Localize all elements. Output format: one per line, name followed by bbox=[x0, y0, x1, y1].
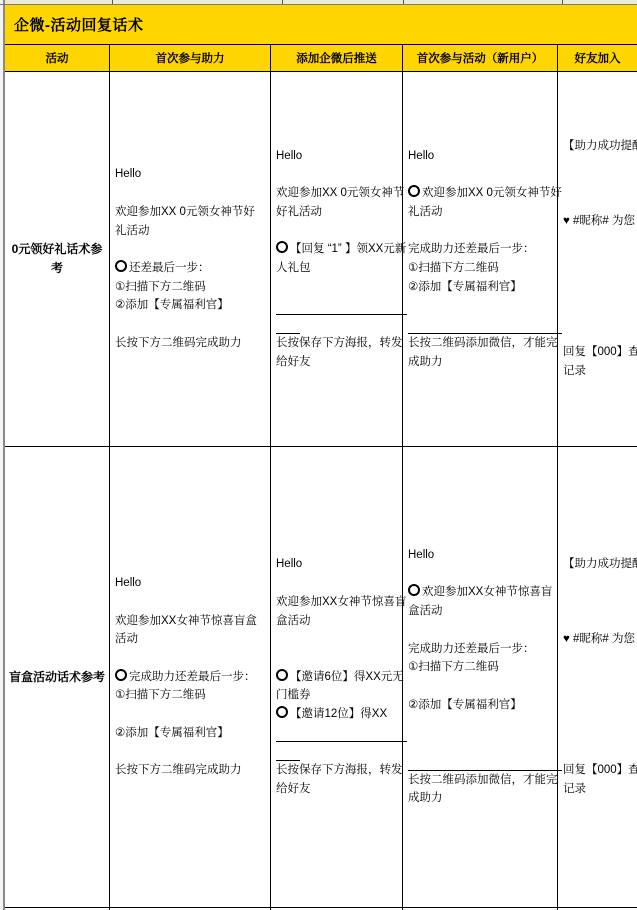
cell-text: Hello 欢迎参加XX女神节惊喜盲盒活动 完成助力还差最后一步：①扫描下方二维… bbox=[403, 546, 567, 808]
text-line: ②添加【专属福利官】 bbox=[408, 696, 562, 715]
circle-bullet-icon bbox=[115, 669, 127, 681]
text-line: 【邀请12位】得XX bbox=[276, 705, 407, 724]
text-line bbox=[408, 296, 562, 315]
text-line bbox=[115, 184, 265, 203]
cell-text: 【助力成功提醒 ♥ #昵称# 为您 回复【000】查看记录 bbox=[558, 555, 637, 798]
grid-line-header-bottom bbox=[5, 71, 637, 72]
cell-first-join-new-row1[interactable]: Hello 欢迎参加XX 0元领女神节好礼活动 完成助力还差最后一步：①扫描下方… bbox=[403, 72, 557, 446]
text-line bbox=[276, 278, 407, 297]
text-line bbox=[563, 250, 637, 269]
text-line: 【邀请6位】得XX元无门槛券 bbox=[276, 668, 407, 705]
grid-line-header-top bbox=[5, 44, 637, 45]
text-line bbox=[408, 621, 562, 640]
column-header-first-assist[interactable]: 首次参与助力 bbox=[110, 44, 270, 71]
cell-text: Hello 欢迎参加XX 0元领女神节好礼活动 完成助力还差最后一步：①扫描下方… bbox=[403, 147, 567, 371]
divider-line bbox=[276, 725, 407, 742]
text-line: 还差最后一步： bbox=[115, 259, 265, 278]
circle-bullet-icon bbox=[276, 706, 288, 718]
text-line: 记录 bbox=[563, 780, 637, 799]
cell-text: Hello 欢迎参加XX女神节惊喜盲盒活动 【邀请6位】得XX元无门槛券【邀请1… bbox=[271, 555, 412, 798]
text-line bbox=[115, 742, 265, 761]
text-line: 完成助力还差最后一步： bbox=[115, 668, 265, 687]
text-line bbox=[115, 705, 265, 724]
text-line bbox=[276, 315, 407, 334]
text-line bbox=[563, 287, 637, 306]
text-line: 长按保存下方海报，转发给好友 bbox=[276, 761, 407, 798]
text-line: 长按下方二维码完成助力 bbox=[115, 334, 265, 353]
text-line bbox=[563, 649, 637, 668]
text-line: ②添加【专属福利官】 bbox=[115, 296, 265, 315]
text-line: 记录 bbox=[563, 362, 637, 381]
divider-line bbox=[408, 754, 562, 771]
text-line: 完成助力还差最后一步： bbox=[408, 240, 562, 259]
cell-first-assist-row1[interactable]: Hello 欢迎参加XX 0元领女神节好礼活动 还差最后一步：①扫描下方二维码②… bbox=[110, 72, 270, 446]
text-line bbox=[276, 574, 407, 593]
text-line: Hello bbox=[408, 147, 562, 166]
text-line: ②添加【专属福利官】 bbox=[115, 724, 265, 743]
text-line bbox=[563, 175, 637, 194]
text-line bbox=[276, 166, 407, 185]
text-line bbox=[563, 686, 637, 705]
text-line: Hello bbox=[276, 147, 407, 166]
activity-label: 0元领好礼话术参考 bbox=[5, 240, 109, 277]
text-line bbox=[115, 240, 265, 259]
text-line bbox=[563, 306, 637, 325]
grid-line-col4 bbox=[557, 44, 558, 910]
text-line: 欢迎参加XX女神节惊喜盲盒活动 bbox=[115, 612, 265, 649]
text-line bbox=[563, 705, 637, 724]
cell-activity-row2[interactable]: 盲盒活动话术参考 bbox=[5, 447, 109, 907]
text-line: ②添加【专属福利官】 bbox=[408, 278, 562, 297]
circle-bullet-icon bbox=[115, 260, 127, 272]
text-line: 【回复 “1” 】领XX元新人礼包 bbox=[276, 240, 407, 277]
text-line bbox=[563, 156, 637, 175]
text-line: Hello bbox=[408, 546, 562, 565]
text-line: 欢迎参加XX女神节惊喜盲盒活动 bbox=[408, 583, 562, 620]
text-line: 完成助力还差最后一步： bbox=[408, 640, 562, 659]
text-line: 【助力成功提醒 bbox=[563, 555, 637, 574]
text-line bbox=[563, 724, 637, 743]
text-line bbox=[408, 733, 562, 752]
text-line bbox=[563, 268, 637, 287]
divider-line bbox=[408, 317, 562, 334]
cell-after-add-row1[interactable]: Hello 欢迎参加XX 0元领女神节好礼活动 【回复 “1” 】领XX元新人礼… bbox=[271, 72, 402, 446]
text-line bbox=[563, 574, 637, 593]
text-line: 【助力成功提醒 bbox=[563, 137, 637, 156]
text-line: 欢迎参加XX 0元领女神节好礼活动 bbox=[115, 203, 265, 240]
text-line: Hello bbox=[115, 574, 265, 593]
text-line bbox=[276, 649, 407, 668]
spreadsheet-view: 企微-活动回复话术 活动 首次参与助力 添加企微后推送 首次参与活动（新用户） … bbox=[0, 0, 637, 910]
text-line: ①扫描下方二维码 bbox=[115, 278, 265, 297]
text-line: 长按二维码添加微信，才能完成助力 bbox=[408, 334, 562, 371]
cell-after-add-row2[interactable]: Hello 欢迎参加XX女神节惊喜盲盒活动 【邀请6位】得XX元无门槛券【邀请1… bbox=[271, 447, 402, 907]
cell-text: Hello 欢迎参加XX 0元领女神节好礼活动 还差最后一步：①扫描下方二维码②… bbox=[110, 165, 270, 352]
column-header-first-join-new[interactable]: 首次参与活动（新用户） bbox=[403, 44, 557, 71]
divider-line bbox=[276, 298, 407, 315]
cell-text: Hello 欢迎参加XX 0元领女神节好礼活动 【回复 “1” 】领XX元新人礼… bbox=[271, 147, 412, 371]
text-line bbox=[408, 752, 562, 771]
text-line bbox=[563, 194, 637, 213]
text-line: Hello bbox=[115, 165, 265, 184]
text-line bbox=[408, 565, 562, 584]
text-line bbox=[115, 315, 265, 334]
text-line: 长按二维码添加微信，才能完成助力 bbox=[408, 771, 562, 808]
text-line: 欢迎参加XX 0元领女神节好礼活动 bbox=[276, 184, 407, 221]
page-title: 企微-活动回复话术 bbox=[14, 14, 144, 35]
cell-friend-join-row2[interactable]: 【助力成功提醒 ♥ #昵称# 为您 回复【000】查看记录 bbox=[558, 447, 637, 907]
text-line bbox=[408, 714, 562, 733]
circle-bullet-icon bbox=[276, 669, 288, 681]
text-line: ①扫描下方二维码 bbox=[408, 259, 562, 278]
text-line: 长按保存下方海报，转发给好友 bbox=[276, 334, 407, 371]
divider-line bbox=[276, 317, 300, 334]
text-line bbox=[563, 324, 637, 343]
text-line bbox=[276, 724, 407, 743]
activity-label: 盲盒活动话术参考 bbox=[5, 668, 109, 687]
text-line: 欢迎参加XX 0元领女神节好礼活动 bbox=[408, 184, 562, 221]
column-header-friend-join[interactable]: 好友加入 bbox=[558, 44, 637, 71]
cell-friend-join-row1[interactable]: 【助力成功提醒 ♥ #昵称# 为您 回复【000】查看记录 bbox=[558, 72, 637, 446]
text-line bbox=[563, 612, 637, 631]
text-line: ①扫描下方二维码 bbox=[408, 658, 562, 677]
text-line: ①扫描下方二维码 bbox=[115, 686, 265, 705]
text-line bbox=[115, 649, 265, 668]
text-line: 欢迎参加XX女神节惊喜盲盒活动 bbox=[276, 593, 407, 630]
grid-line-title-top bbox=[0, 4, 637, 5]
circle-bullet-icon bbox=[408, 185, 420, 197]
cell-text: Hello 欢迎参加XX女神节惊喜盲盒活动 完成助力还差最后一步：①扫描下方二维… bbox=[110, 574, 270, 780]
sheet-title-cell[interactable]: 企微-活动回复话术 bbox=[5, 4, 637, 44]
text-line bbox=[563, 668, 637, 687]
text-line: 回复【000】查看 bbox=[563, 343, 637, 362]
column-header-after-add-push[interactable]: 添加企微后推送 bbox=[271, 44, 402, 71]
circle-bullet-icon bbox=[408, 584, 420, 596]
cell-activity-row1[interactable]: 0元领好礼话术参考 bbox=[5, 72, 109, 446]
cell-text: 【助力成功提醒 ♥ #昵称# 为您 回复【000】查看记录 bbox=[558, 137, 637, 380]
text-line bbox=[408, 165, 562, 184]
text-line: 长按下方二维码完成助力 bbox=[115, 761, 265, 780]
text-line bbox=[563, 231, 637, 250]
grid-line-row-divider bbox=[5, 446, 637, 447]
text-line bbox=[408, 315, 562, 334]
text-line: Hello bbox=[276, 555, 407, 574]
text-line bbox=[276, 296, 407, 315]
cell-first-assist-row2[interactable]: Hello 欢迎参加XX女神节惊喜盲盒活动 完成助力还差最后一步：①扫描下方二维… bbox=[110, 447, 270, 907]
cell-first-join-new-row2[interactable]: Hello 欢迎参加XX女神节惊喜盲盒活动 完成助力还差最后一步：①扫描下方二维… bbox=[403, 447, 557, 907]
text-line bbox=[563, 742, 637, 761]
text-line: ♥ #昵称# 为您 bbox=[563, 630, 637, 649]
text-line bbox=[408, 222, 562, 241]
text-line bbox=[276, 630, 407, 649]
text-line bbox=[276, 222, 407, 241]
circle-bullet-icon bbox=[276, 241, 288, 253]
text-line bbox=[115, 593, 265, 612]
text-line bbox=[408, 677, 562, 696]
grid-line-col3 bbox=[402, 44, 403, 910]
grid-line-col2 bbox=[270, 44, 271, 910]
grid-line-col1 bbox=[109, 44, 110, 910]
grid-line-bottom bbox=[5, 907, 637, 908]
column-header-activity[interactable]: 活动 bbox=[5, 44, 109, 71]
text-line: 回复【000】查看 bbox=[563, 761, 637, 780]
divider-line bbox=[276, 744, 300, 761]
text-line bbox=[276, 742, 407, 761]
text-line bbox=[563, 593, 637, 612]
text-line: ♥ #昵称# 为您 bbox=[563, 212, 637, 231]
